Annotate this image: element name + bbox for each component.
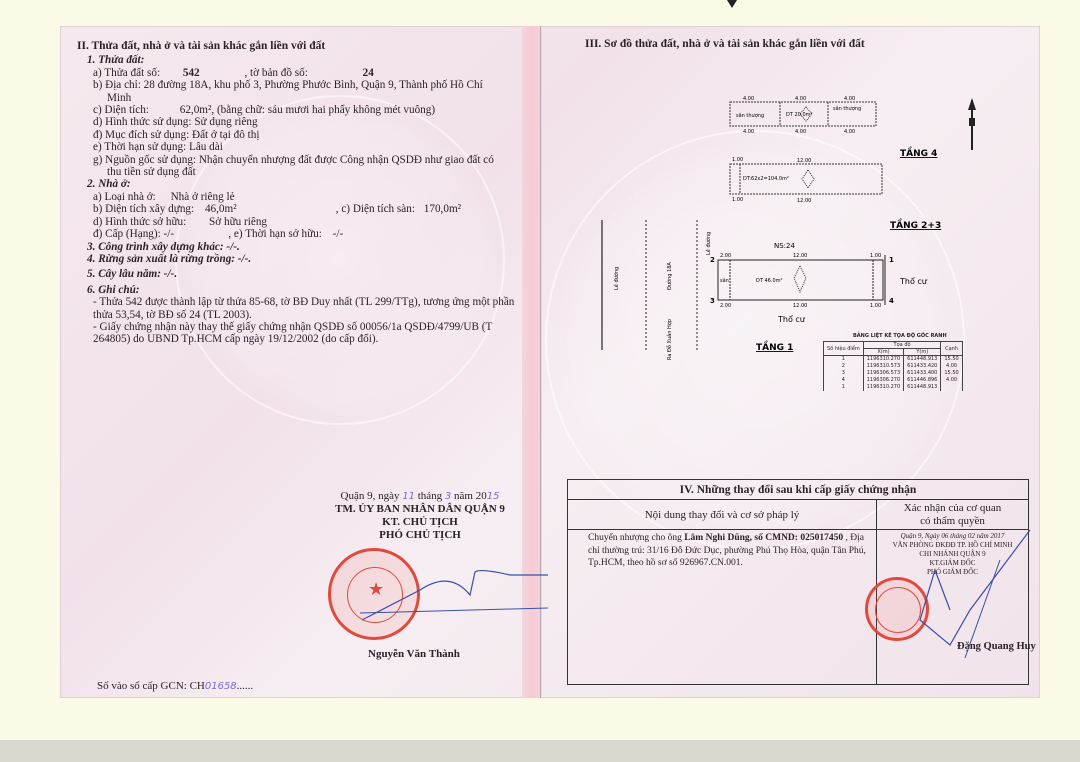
svg-text:4.00: 4.00 [844,96,855,102]
north-arrow-icon [968,98,976,150]
changes-col-confirm: Xác nhận của cơ quan có thẩm quyền [877,500,1028,529]
term-label: e) Thời hạn sử dụng: [93,141,186,153]
svg-text:Lề đường: Lề đường [704,232,712,255]
note-1: - Thửa 542 được thành lập từ thửa 85-68,… [93,296,523,321]
svg-text:DT 46.0m²: DT 46.0m² [756,278,783,284]
cursor-arrow-icon [727,0,737,8]
svg-text:12.00: 12.00 [797,198,811,204]
section-iii-title: III. Sơ đồ thửa đất, nhà ở và tài sản kh… [585,38,865,50]
coord-row: 11196310.270611448.91315.50 [824,356,963,363]
grade-row: đ) Cấp (Hạng): -/- , e) Thời hạn sở hữu:… [93,228,527,240]
left-signature-block: Quận 9, ngày 11 tháng 3 năm 2015 TM. ỦY … [300,490,540,542]
svg-text:Ra Đỗ Xuân Hợp: Ra Đỗ Xuân Hợp [666,319,673,360]
floor-area-label: , c) Diện tích sàn: [336,203,415,215]
svg-text:12.00: 12.00 [793,253,807,259]
address-cont: Minh [107,92,527,104]
confirm-header-2: có thẩm quyền [877,515,1028,528]
other-works: 3. Công trình xây dựng khác: -/-. [87,241,527,253]
signature-right [880,530,1040,660]
date-prefix: Quận 9, ngày [341,490,400,502]
origin-row: g) Nguồn gốc sử dụng: Nhận chuyển nhượng… [93,154,527,166]
grade-label: đ) Cấp (Hạng): [93,228,161,240]
area-label: c) Diện tích: [93,104,149,116]
svg-text:sân: sân [720,277,729,284]
term-row: e) Thời hạn sử dụng: Lâu dài [93,141,527,153]
house-type-value: Nhà ở riêng lẻ [171,191,235,203]
floor-2-3-plan: DT:62x2=104.0m² 1.0012.00 1.0012.00 TẦNG… [730,157,941,231]
svg-text:Lề đường: Lề đường [612,267,620,290]
coord-header-coord: Tọa độ [863,342,941,349]
date-day: 11 [402,491,415,502]
svg-text:sân thượng: sân thượng [736,112,764,119]
built-area-label: b) Diện tích xây dựng: [93,203,194,215]
coord-row: 41196306.270611446.8964.00 [824,377,963,384]
gcn-number: 01658 [205,681,237,692]
ownership-value: Sở hữu riêng [209,216,267,228]
coord-header-y: Y(m) [904,349,941,356]
date-year-label: năm 20 [454,490,487,502]
svg-text:NS:24: NS:24 [774,242,795,250]
gcn-register: Số vào sổ cấp GCN: CH01658...... [97,680,253,692]
origin-value: Nhận chuyển nhượng đất được Công nhận QS… [199,154,494,166]
signer-left: Nguyễn Văn Thành [368,648,460,660]
changes-header: Nội dung thay đổi và cơ sở pháp lý Xác n… [568,500,1028,530]
notes-heading: 6. Ghi chú: [87,284,527,296]
signing-role-1: KT. CHỦ TỊCH [300,516,540,529]
svg-text:4.00: 4.00 [795,96,806,102]
coord-header-edge: Cạnh [941,342,962,356]
svg-text:TẦNG 1: TẦNG 1 [756,340,793,353]
use-form-row: d) Hình thức sử dụng: Sử dụng riêng [93,116,527,128]
built-area-value: 46,0m² [205,203,333,215]
signing-org: TM. ỦY BAN NHÂN DÂN QUẬN 9 [300,503,540,516]
svg-text:1.00: 1.00 [870,253,881,259]
address-label: b) Địa chỉ: [93,79,141,91]
svg-text:1.00: 1.00 [732,157,743,163]
address-row: b) Địa chỉ: 28 đường 18A, khu phố 3, Phư… [93,79,527,91]
own-term-label: , e) Thời hạn sở hữu: [228,228,322,240]
signature-left [360,550,550,630]
own-term-value: -/- [333,228,344,240]
svg-text:1: 1 [889,256,894,264]
bottom-bar [0,740,1080,762]
parcel-row: a) Thửa đất số: 542 , tờ bản đồ số: 24 [93,67,527,79]
svg-text:Thổ cư: Thổ cư [777,314,806,324]
date-month-label: tháng [418,490,442,502]
date-month: 3 [445,491,451,502]
svg-text:2: 2 [710,256,715,264]
perennial: 5. Cây lâu năm: -/-. [87,268,527,280]
left-page: II. Thửa đất, nhà ở và tài sản khác gắn … [77,40,527,346]
svg-text:12.00: 12.00 [797,158,811,164]
land-heading: 1. Thửa đất: [87,54,527,66]
signing-role-2: PHÓ CHỦ TỊCH [300,529,540,542]
purpose-label: đ) Mục đích sử dụng: [93,129,189,141]
coord-table-title: BẢNG LIỆT KÊ TỌA ĐỘ GÓC RANH [853,333,947,339]
origin-cont: thu tiền sử dụng đất [107,166,527,178]
svg-text:1.00: 1.00 [870,303,881,309]
purpose-value: Đất ở tại đô thị [192,129,259,141]
floor-1-plan: Lề đường Đường 18A Lề đường Ra Đỗ Xuân H… [602,220,928,360]
changes-col-content: Nội dung thay đổi và cơ sở pháp lý [568,500,877,529]
svg-text:Thổ cư: Thổ cư [899,276,928,286]
gcn-label: Số vào sổ cấp GCN: CH [97,680,205,692]
changes-title: IV. Những thay đổi sau khi cấp giấy chứn… [568,480,1028,500]
change-entry: Chuyển nhượng cho ông Lâm Nghi Dũng, số … [568,530,877,684]
map-number: 24 [363,67,374,79]
forest: 4. Rừng sản xuất là rừng trồng: -/-. [87,253,527,265]
svg-text:TẦNG 4: TẦNG 4 [900,146,937,159]
ownership-label: d) Hình thức sở hữu: [93,216,186,228]
floor-area-value: 170,0m² [424,203,461,215]
entry-prefix: Chuyển nhượng cho ông [588,533,684,543]
grade-value: -/- [164,228,226,240]
floor-4-plan: sân thượng sân thượng DT 20.0m² 4.004.00… [730,96,937,159]
coord-row: 11196310.270611448.913 [824,384,963,391]
house-heading: 2. Nhà ở: [87,178,527,190]
house-type-label: a) Loại nhà ở: [93,191,156,203]
svg-text:4.00: 4.00 [743,96,754,102]
svg-text:3: 3 [710,297,715,305]
coord-header-x: X(m) [863,349,903,356]
confirm-header-1: Xác nhận của cơ quan [877,502,1028,515]
svg-text:4.00: 4.00 [795,129,806,135]
parcel-number: 542 [183,67,200,79]
svg-text:DT 20.0m²: DT 20.0m² [786,112,813,118]
date-year: 15 [487,491,500,502]
svg-text:1.00: 1.00 [732,197,743,203]
note-2: - Giấy chứng nhận này thay thế giấy chứn… [93,321,523,346]
coord-table: Số hiệu điểm Tọa độ Cạnh X(m) Y(m) 11196… [823,341,963,391]
svg-text:DT:62x2=104.0m²: DT:62x2=104.0m² [743,176,789,182]
entry-buyer: Lâm Nghi Dũng, số CMND: 025017450 [684,533,843,543]
place-date: Quận 9, ngày 11 tháng 3 năm 2015 [300,490,540,503]
coord-header-point: Số hiệu điểm [824,342,864,356]
origin-label: g) Nguồn gốc sử dụng: [93,154,196,166]
svg-text:4.00: 4.00 [743,129,754,135]
floor-plan-diagram: sân thượng sân thượng DT 20.0m² 4.004.00… [560,60,1030,360]
svg-text:2.00: 2.00 [720,253,731,259]
use-form-value: Sử dụng riêng [194,116,257,128]
address-value: 28 đường 18A, khu phố 3, Phường Phước Bì… [144,79,483,91]
ownership-row: d) Hình thức sở hữu: Sở hữu riêng [93,216,527,228]
map-label: , tờ bản đồ số: [244,67,307,79]
area-row: c) Diện tích: 62,0m², (bằng chữ: sáu mươ… [93,104,527,116]
section-ii-title: II. Thửa đất, nhà ở và tài sản khác gắn … [77,40,527,52]
term-value: Lâu dài [189,141,223,153]
svg-text:TẦNG 2+3: TẦNG 2+3 [890,218,941,231]
parcel-label: a) Thửa đất số: [93,67,160,79]
svg-text:12.00: 12.00 [793,303,807,309]
svg-text:2.00: 2.00 [720,303,731,309]
svg-text:4.00: 4.00 [844,129,855,135]
area-value: 62,0m², (bằng chữ: sáu mươi hai phẩy khô… [180,104,435,116]
built-area-row: b) Diện tích xây dựng: 46,0m² , c) Diện … [93,203,527,215]
use-form-label: d) Hình thức sử dụng: [93,116,192,128]
coord-row: 21196310.573611433.4204.00 [824,363,963,370]
svg-text:Đường 18A: Đường 18A [666,262,673,290]
purpose-row: đ) Mục đích sử dụng: Đất ở tại đô thị [93,129,527,141]
svg-text:4: 4 [889,297,894,305]
svg-text:sân thượng: sân thượng [833,105,861,112]
house-type-row: a) Loại nhà ở: Nhà ở riêng lẻ [93,191,527,203]
coord-row: 31196306.573611433.40015.50 [824,370,963,377]
